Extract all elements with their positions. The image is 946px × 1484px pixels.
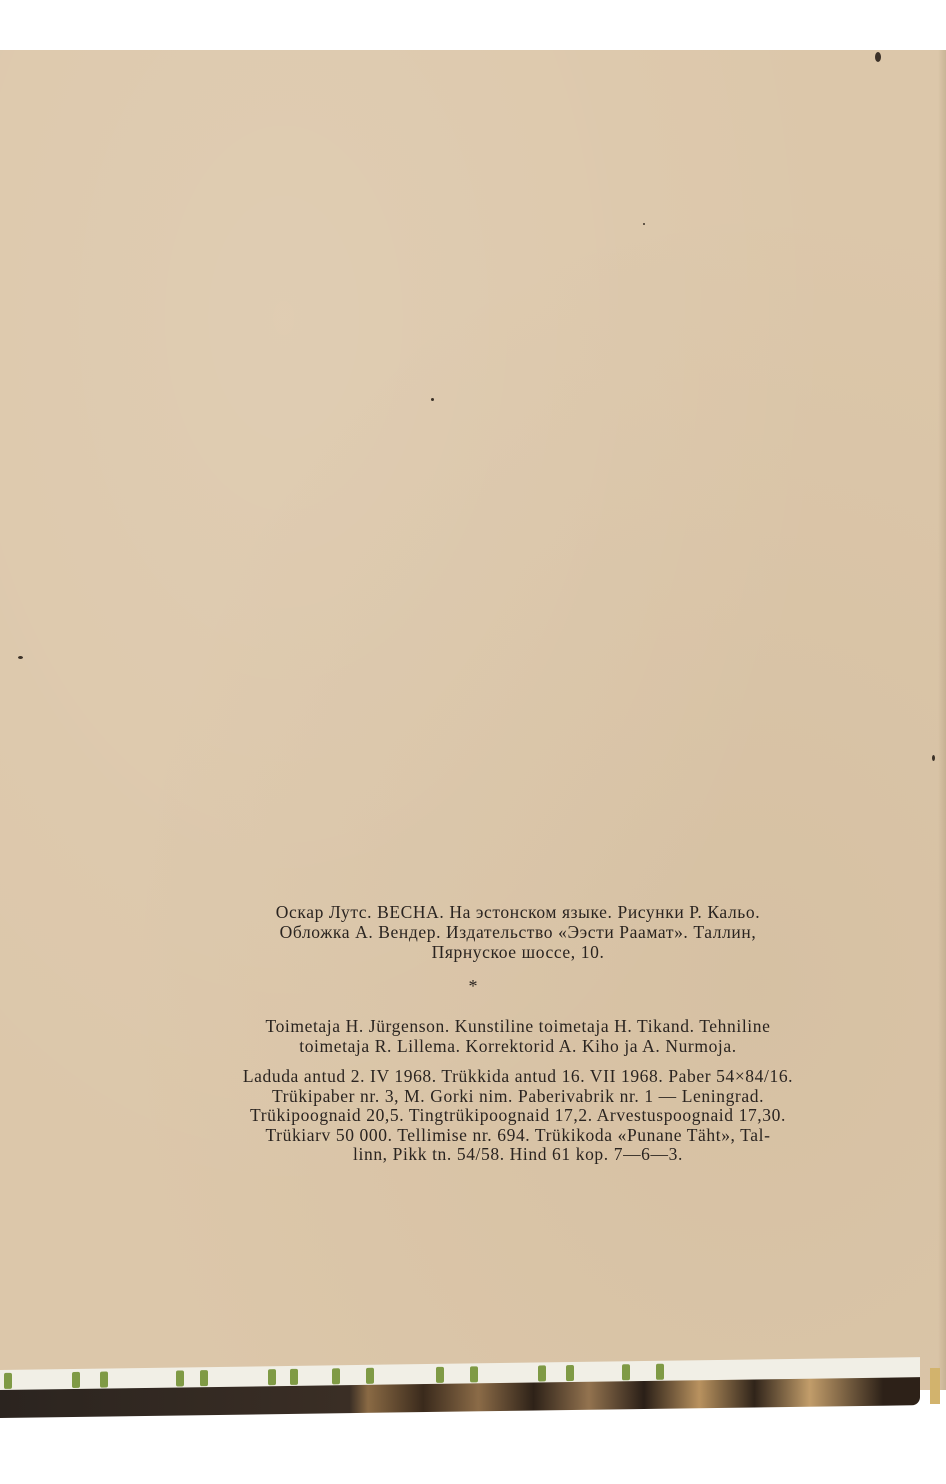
leaf-pattern-icon xyxy=(538,1365,546,1381)
book-spine-edge xyxy=(930,1368,940,1404)
leaf-pattern-icon xyxy=(366,1368,374,1384)
credits-line: toimetaja R. Lillema. Korrektorid A. Kih… xyxy=(128,1036,908,1056)
print-line: Trükiarv 50 000. Tellimise nr. 694. Trük… xyxy=(128,1126,908,1146)
section-separator: * xyxy=(0,976,946,997)
leaf-pattern-icon xyxy=(176,1370,184,1386)
leaf-pattern-icon xyxy=(622,1364,630,1380)
imprint-line: Обложка А. Вендер. Издательство «Ээсти Р… xyxy=(128,922,908,942)
paper-speck xyxy=(932,755,935,761)
book-page: Оскар Лутс. ВЕСНА. На эстонском языке. Р… xyxy=(0,50,946,1390)
leaf-pattern-icon xyxy=(656,1364,664,1380)
leaf-pattern-icon xyxy=(470,1366,478,1382)
russian-imprint: Оскар Лутс. ВЕСНА. На эстонском языке. Р… xyxy=(128,902,908,962)
book-cover-edge xyxy=(0,1357,920,1430)
leaf-pattern-icon xyxy=(200,1370,208,1386)
paper-speck xyxy=(643,223,645,225)
print-line: Laduda antud 2. IV 1968. Trükkida antud … xyxy=(128,1067,908,1087)
leaf-pattern-icon xyxy=(268,1369,276,1385)
credits-line: Toimetaja H. Jürgenson. Kunstiline toime… xyxy=(128,1016,908,1036)
print-line: linn, Pikk tn. 54/58. Hind 61 kop. 7—6—3… xyxy=(128,1145,908,1165)
paper-speck xyxy=(18,656,23,659)
imprint-line: Пярнуское шоссе, 10. xyxy=(128,942,908,962)
leaf-pattern-icon xyxy=(290,1369,298,1385)
printing-details: Laduda antud 2. IV 1968. Trükkida antud … xyxy=(128,1067,908,1165)
leaf-pattern-icon xyxy=(4,1373,12,1389)
paper-speck xyxy=(431,398,434,401)
leaf-pattern-icon xyxy=(100,1371,108,1387)
leaf-pattern-icon xyxy=(566,1365,574,1381)
paper-speck xyxy=(875,52,881,62)
leaf-pattern-icon xyxy=(436,1367,444,1383)
print-line: Trükipaber nr. 3, M. Gorki nim. Paberiva… xyxy=(128,1087,908,1107)
leaf-pattern-icon xyxy=(72,1372,80,1388)
editorial-credits: Toimetaja H. Jürgenson. Kunstiline toime… xyxy=(128,1016,908,1056)
imprint-line: Оскар Лутс. ВЕСНА. На эстонском языке. Р… xyxy=(128,902,908,922)
print-line: Trükipoognaid 20,5. Tingtrükipoognaid 17… xyxy=(128,1106,908,1126)
leaf-pattern-icon xyxy=(332,1368,340,1384)
page-edge-shadow xyxy=(938,50,946,1390)
